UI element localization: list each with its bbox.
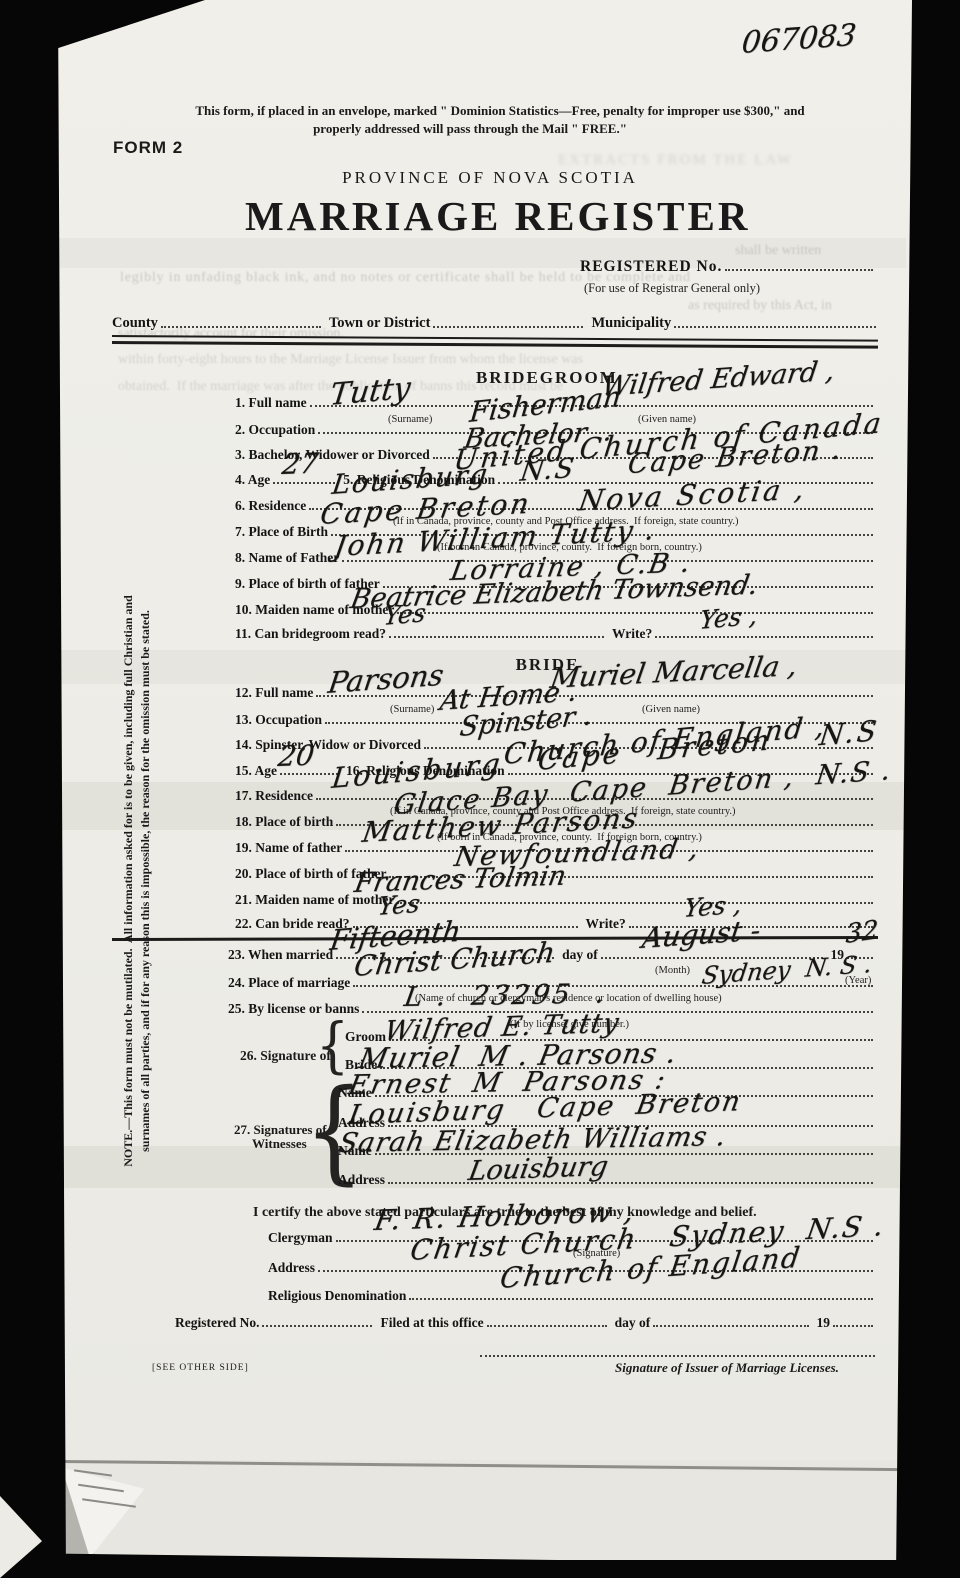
field-label: 4. Age [235,472,273,487]
registered-no-label: Registered No. [175,1315,262,1330]
see-other-side: [SEE OTHER SIDE] [152,1363,282,1373]
dotted-line [273,482,335,484]
witness2-address-value: Louisburg [466,1151,610,1187]
religious-denomination-label: Religious Denomination [268,1288,409,1303]
registered-no-row: REGISTERED No. [580,254,875,274]
field-label: 17. Residence [235,788,316,803]
field-row-read-write-groom: 11. Can bridegroom read? Write? [235,621,875,641]
bride-read-value: Yes [376,889,422,921]
document-title: MARRIAGE REGISTER [245,192,745,240]
groom-read-value: Yes [382,598,427,631]
bleedthrough-text: EXTRACTS FROM THE LAW [558,152,793,169]
bride-age-value: 20 [276,739,316,773]
field-label: 24. Place of marriage [228,975,353,990]
mailing-note-line2: properly addressed will pass through the… [140,121,800,137]
address-label: Address [268,1260,318,1275]
underlying-sheet [44,1460,908,1560]
dotted-line [655,636,873,638]
dotted-line [653,1325,808,1327]
registrar-only-note: (For use of Registrar General only) [584,281,760,296]
year-prefix: 19 [811,1315,834,1330]
filed-label: Filed at this office [374,1315,486,1330]
address-label: Address [338,1172,388,1187]
bleedthrough-text: within forty-eight hours to the Marriage… [118,352,583,368]
field-label: 19. Name of father [235,840,345,855]
groom-age-value: 27 [280,447,320,481]
field-label: 12. Full name [235,685,316,700]
groom-write-value: Yes , [698,601,759,635]
bottom-left-sliver [0,1496,42,1578]
dotted-line [433,326,583,328]
groom-surname-value: Tutty [328,370,412,413]
day-of-label: day of [609,1315,654,1330]
dotted-line [262,1325,372,1327]
town-label: Town or District [323,316,434,331]
county-label: County [112,316,161,331]
field-label: 14. Spinster, Widow or Divorced [235,737,424,752]
side-note-line1: NOTE.—This form must not be mutilated. A… [121,595,135,1167]
form-number: FORM 2 [113,138,203,158]
mailing-note-line1: This form, if placed in an envelope, mar… [170,103,830,119]
field-label: 15. Age [235,763,280,778]
side-note-line2: surnames of all parties, and if for any … [138,610,152,1152]
dotted-line [161,326,321,328]
dotted-line [316,695,873,697]
clergyman-label: Clergyman [268,1230,336,1245]
registered-no-label: REGISTERED No. [580,259,725,274]
field-label: 13. Occupation [235,712,325,727]
municipality-label: Municipality [585,316,674,331]
field-label: 7. Place of Birth [235,524,331,539]
scanned-marriage-register: EXTRACTS FROM THE LAW shall be written l… [0,0,960,1578]
dotted-line [409,1298,873,1300]
day-of-label: day of [556,947,601,962]
province-title: PROVINCE OF NOVA SCOTIA [330,168,650,188]
field-label: 11. Can bridegroom read? [235,626,389,641]
field-label: 23. When married [228,947,336,962]
filed-row: Registered No. Filed at this office day … [175,1310,875,1330]
dotted-line [280,773,338,775]
field-label: 8. Name of Father [235,550,342,565]
issuer-signature-line [480,1355,875,1357]
field-label: 6. Residence [235,498,309,513]
county-row: County Town or District Municipality [112,311,878,331]
marriage-year-value: 32 [845,915,879,950]
write-label: Write? [606,626,655,641]
dotted-line [674,326,876,328]
dotted-line [833,1325,873,1327]
write-label: Write? [580,916,629,931]
dotted-line [388,1182,873,1184]
dotted-line [725,269,873,271]
side-note-vertical: NOTE.—This form must not be mutilated. A… [120,531,156,1231]
dotted-line [389,636,604,638]
field-label: 18. Place of birth [235,814,336,829]
issuer-signature-label: Signature of Issuer of Marriage Licenses… [615,1360,885,1376]
license-number-value: L . 23295 . [402,978,610,1013]
dotted-line [397,902,873,904]
dotted-line [487,1325,607,1327]
dotted-line [397,612,873,614]
field-label: 2. Occupation [235,422,318,437]
field-label: 1. Full name [235,395,310,410]
field-label: 3. Bachelor, Widower or Divorced [235,447,433,462]
